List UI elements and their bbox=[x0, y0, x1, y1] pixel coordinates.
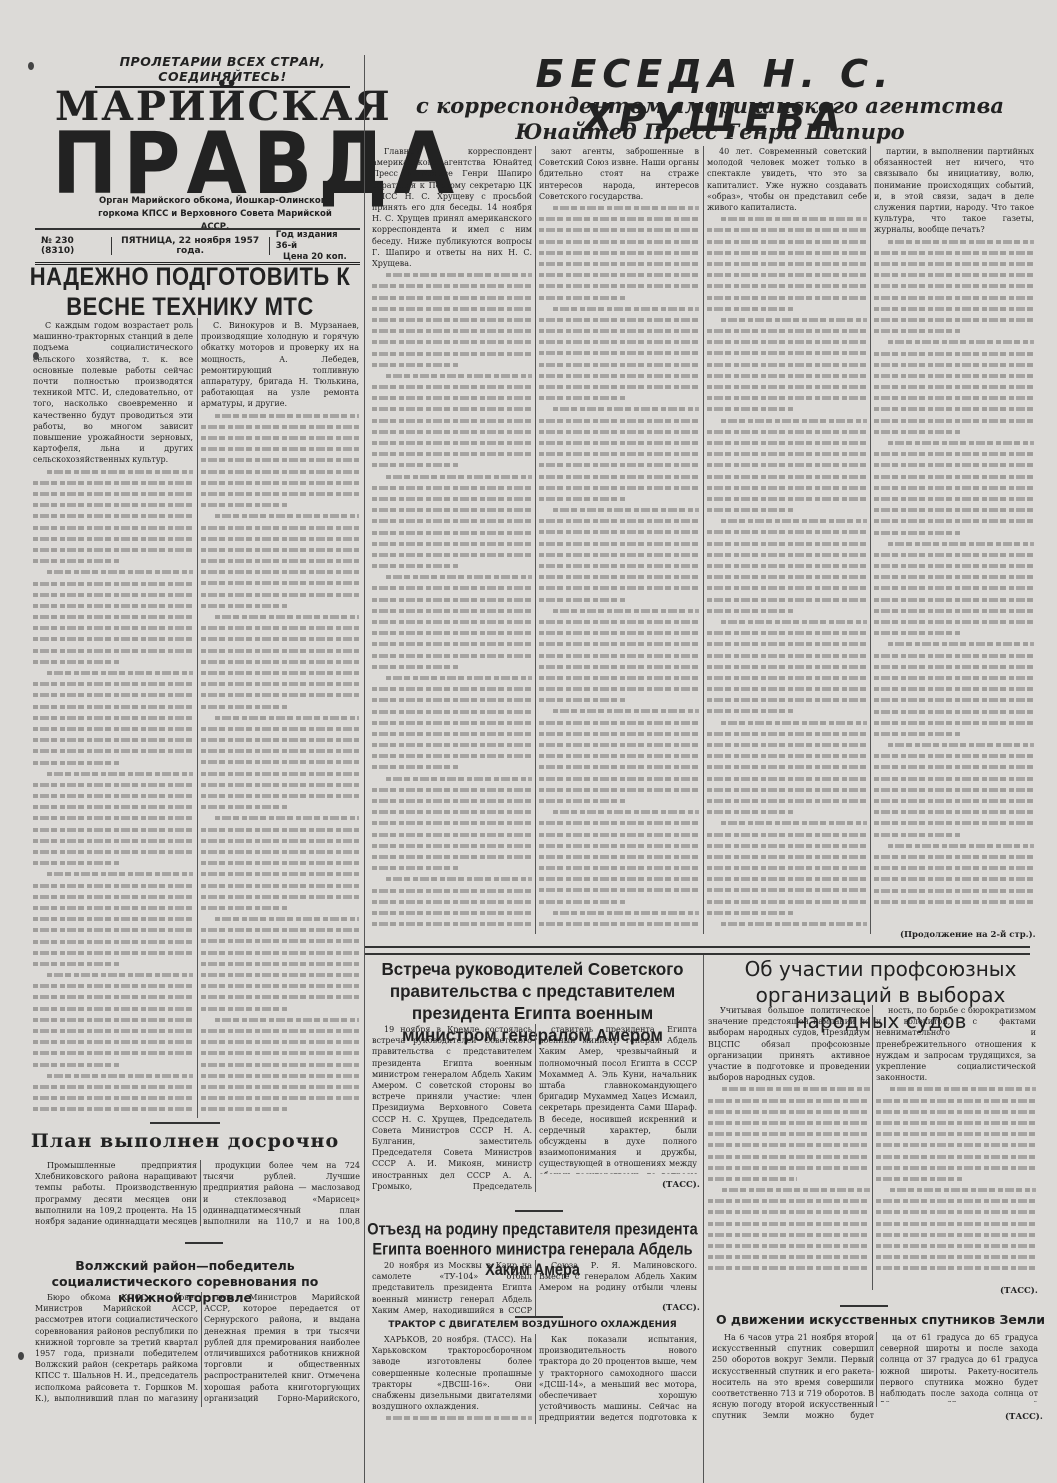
text-line bbox=[33, 633, 193, 644]
text-line bbox=[372, 1412, 532, 1423]
text-line bbox=[539, 761, 699, 772]
text-line bbox=[707, 224, 867, 235]
text-line bbox=[876, 1195, 1036, 1206]
text-line bbox=[372, 471, 532, 482]
text-line bbox=[707, 739, 867, 750]
text-line bbox=[874, 616, 1034, 627]
text-line bbox=[372, 840, 532, 851]
text-line bbox=[876, 1184, 1036, 1195]
issue-info-bar: № 230 (8310) ПЯТНИЦА, 22 ноября 1957 год… bbox=[35, 228, 360, 265]
text-line bbox=[33, 689, 193, 700]
text-line bbox=[201, 947, 359, 958]
text-line bbox=[539, 471, 699, 482]
text-line bbox=[372, 280, 532, 291]
text-line bbox=[707, 448, 867, 459]
text-line bbox=[201, 499, 359, 510]
text-line bbox=[33, 868, 193, 879]
column-rule bbox=[201, 1292, 202, 1407]
text-line bbox=[33, 578, 193, 589]
text-line bbox=[707, 605, 867, 616]
text-line bbox=[539, 392, 699, 403]
text-line bbox=[33, 555, 193, 566]
text-line bbox=[707, 303, 867, 314]
text-line bbox=[201, 980, 359, 991]
article-text: 40 лет. Современный советский молодой че… bbox=[707, 146, 867, 213]
text-line bbox=[539, 426, 699, 437]
text-line bbox=[372, 761, 532, 772]
text-line bbox=[372, 851, 532, 862]
text-line bbox=[539, 437, 699, 448]
divider bbox=[185, 1242, 223, 1244]
column-rule bbox=[703, 146, 704, 934]
text-line bbox=[201, 533, 359, 544]
scan-smudge bbox=[33, 352, 39, 360]
text-line bbox=[707, 471, 867, 482]
text-line bbox=[372, 594, 532, 605]
text-line bbox=[874, 325, 1034, 336]
text-line bbox=[33, 790, 193, 801]
text-line bbox=[201, 589, 359, 600]
text-line bbox=[33, 645, 193, 656]
text-line bbox=[708, 1117, 870, 1128]
text-line bbox=[539, 269, 699, 280]
text-line bbox=[201, 432, 359, 443]
text-line bbox=[707, 896, 867, 907]
text-line bbox=[372, 885, 532, 896]
text-line bbox=[707, 493, 867, 504]
text-line bbox=[201, 633, 359, 644]
text-line bbox=[372, 694, 532, 705]
text-line bbox=[372, 459, 532, 470]
article-text: продукции более чем на 724 тысячи рублей… bbox=[203, 1160, 360, 1226]
text-line bbox=[539, 661, 699, 672]
text-line bbox=[876, 1139, 1036, 1150]
article-text: 20 ноября из Москвы в Каир на самолете «… bbox=[372, 1260, 532, 1316]
text-line bbox=[539, 549, 699, 560]
text-line bbox=[372, 773, 532, 784]
text-line bbox=[876, 1128, 1036, 1139]
text-line bbox=[201, 701, 359, 712]
text-line bbox=[201, 689, 359, 700]
column-rule bbox=[535, 146, 536, 934]
text-line bbox=[539, 381, 699, 392]
text-line bbox=[539, 829, 699, 840]
interview-column-1: Главный корреспондент американского аген… bbox=[372, 146, 532, 934]
text-line bbox=[539, 773, 699, 784]
text-line bbox=[707, 795, 867, 806]
text-line bbox=[874, 236, 1034, 247]
text-line bbox=[372, 638, 532, 649]
text-line bbox=[372, 750, 532, 761]
column-rule bbox=[870, 146, 871, 934]
text-line bbox=[372, 728, 532, 739]
text-line bbox=[201, 544, 359, 555]
text-line bbox=[539, 403, 699, 414]
article-text: ность, по борьбе с бюрократизмом и волок… bbox=[876, 1005, 1036, 1083]
text-line bbox=[201, 712, 359, 723]
text-line bbox=[372, 717, 532, 728]
text-line bbox=[372, 448, 532, 459]
text-line bbox=[33, 1059, 193, 1070]
text-line bbox=[876, 1095, 1036, 1106]
text-line bbox=[874, 706, 1034, 717]
text-line bbox=[707, 862, 867, 873]
text-line bbox=[201, 723, 359, 734]
text-line bbox=[707, 627, 867, 638]
text-line bbox=[707, 918, 867, 929]
text-line bbox=[33, 913, 193, 924]
text-line bbox=[201, 678, 359, 689]
text-line bbox=[708, 1095, 870, 1106]
text-line bbox=[372, 336, 532, 347]
text-line bbox=[539, 258, 699, 269]
text-line bbox=[372, 504, 532, 515]
text-line bbox=[33, 880, 193, 891]
text-line bbox=[539, 705, 699, 716]
text-line bbox=[874, 694, 1034, 705]
text-line bbox=[539, 347, 699, 358]
text-line bbox=[539, 325, 699, 336]
text-line bbox=[33, 477, 193, 488]
text-line bbox=[539, 717, 699, 728]
text-line bbox=[874, 761, 1034, 772]
text-line bbox=[33, 622, 193, 633]
mts-column-2: С. Винокуров и В. Мурзанаев, производящи… bbox=[201, 320, 359, 1120]
text-line bbox=[33, 656, 193, 667]
text-line bbox=[372, 616, 532, 627]
text-line bbox=[33, 1036, 193, 1047]
text-line bbox=[874, 661, 1034, 672]
text-line bbox=[874, 437, 1034, 448]
column-rule bbox=[535, 1260, 536, 1316]
text-line bbox=[33, 712, 193, 723]
article-text: вета Министров Марийской АССР, которое п… bbox=[204, 1292, 360, 1404]
text-line bbox=[33, 1047, 193, 1058]
article-text: С каждым годом возрастает роль машинно-т… bbox=[33, 320, 193, 466]
text-line bbox=[33, 1003, 193, 1014]
mts-headline: НАДЕЖНО ПОДГОТОВИТЬ К ВЕСНЕ ТЕХНИКУ МТС bbox=[20, 262, 360, 322]
text-line bbox=[707, 236, 867, 247]
text-line bbox=[201, 846, 359, 857]
text-line bbox=[33, 1070, 193, 1081]
text-line bbox=[201, 745, 359, 756]
text-line bbox=[874, 303, 1034, 314]
text-line bbox=[708, 1128, 870, 1139]
text-line bbox=[874, 862, 1034, 873]
text-line bbox=[201, 555, 359, 566]
text-line bbox=[874, 348, 1034, 359]
text-line bbox=[372, 515, 532, 526]
text-line bbox=[874, 773, 1034, 784]
text-line bbox=[33, 936, 193, 947]
article-text: 19 ноября в Кремле состоялась встреча ру… bbox=[372, 1024, 532, 1192]
newspaper-page: ПРОЛЕТАРИИ ВСЕХ СТРАН, СОЕДИНЯЙТЕСЬ! МАР… bbox=[0, 0, 1057, 1483]
text-line bbox=[201, 1081, 359, 1092]
text-line bbox=[201, 935, 359, 946]
text-line bbox=[372, 896, 532, 907]
text-line bbox=[372, 582, 532, 593]
text-line bbox=[33, 510, 193, 521]
text-line bbox=[33, 824, 193, 835]
text-line bbox=[539, 594, 699, 605]
text-line bbox=[33, 611, 193, 622]
text-line bbox=[539, 784, 699, 795]
issue-date: ПЯТНИЦА, 22 ноября 1957 года. bbox=[112, 236, 269, 256]
text-line bbox=[707, 381, 867, 392]
text-line bbox=[539, 247, 699, 258]
text-line bbox=[874, 851, 1034, 862]
text-line bbox=[874, 605, 1034, 616]
text-line bbox=[708, 1262, 870, 1273]
text-line bbox=[372, 784, 532, 795]
text-line bbox=[707, 292, 867, 303]
text-line bbox=[874, 292, 1034, 303]
text-line bbox=[708, 1106, 870, 1117]
text-line bbox=[201, 969, 359, 980]
text-line bbox=[201, 1025, 359, 1036]
text-line bbox=[539, 896, 699, 907]
text-line bbox=[201, 421, 359, 432]
text-line bbox=[707, 750, 867, 761]
text-line bbox=[876, 1162, 1036, 1173]
text-line bbox=[372, 269, 532, 280]
column-rule bbox=[197, 318, 198, 1118]
text-line bbox=[201, 812, 359, 823]
text-line bbox=[874, 280, 1034, 291]
column-rule bbox=[703, 955, 704, 1483]
text-line bbox=[539, 884, 699, 895]
text-line bbox=[201, 1070, 359, 1081]
text-line bbox=[539, 560, 699, 571]
text-line bbox=[33, 969, 193, 980]
text-line bbox=[876, 1083, 1036, 1094]
text-line bbox=[201, 991, 359, 1002]
text-line bbox=[372, 381, 532, 392]
text-line bbox=[874, 258, 1034, 269]
text-line bbox=[201, 510, 359, 521]
text-line bbox=[539, 571, 699, 582]
text-line bbox=[201, 522, 359, 533]
text-line bbox=[707, 717, 867, 728]
text-line bbox=[707, 336, 867, 347]
text-line bbox=[708, 1083, 870, 1094]
text-line bbox=[372, 560, 532, 571]
text-line bbox=[539, 224, 699, 235]
text-line bbox=[33, 589, 193, 600]
text-line bbox=[539, 806, 699, 817]
text-line bbox=[874, 784, 1034, 795]
text-line bbox=[707, 347, 867, 358]
text-line bbox=[372, 549, 532, 560]
text-line bbox=[876, 1218, 1036, 1229]
text-line bbox=[874, 504, 1034, 515]
text-line bbox=[876, 1117, 1036, 1128]
union-credit: (ТАСС). bbox=[1000, 1286, 1038, 1296]
text-line bbox=[539, 515, 699, 526]
text-line bbox=[707, 392, 867, 403]
text-line bbox=[539, 873, 699, 884]
text-line bbox=[201, 824, 359, 835]
text-line bbox=[201, 466, 359, 477]
union-column-1: Учитывая большое политическое значение п… bbox=[708, 1005, 870, 1275]
text-line bbox=[874, 538, 1034, 549]
text-line bbox=[708, 1195, 870, 1206]
text-line bbox=[539, 448, 699, 459]
text-line bbox=[33, 734, 193, 745]
text-line bbox=[708, 1251, 870, 1262]
text-line bbox=[372, 325, 532, 336]
text-line bbox=[708, 1151, 870, 1162]
column-rule bbox=[535, 1024, 536, 1192]
text-line bbox=[201, 924, 359, 935]
text-line bbox=[876, 1206, 1036, 1217]
text-line bbox=[708, 1206, 870, 1217]
text-line bbox=[201, 1003, 359, 1014]
text-line bbox=[201, 756, 359, 767]
text-line bbox=[372, 650, 532, 661]
article-text: Учитывая большое политическое значение п… bbox=[708, 1005, 870, 1083]
text-line bbox=[707, 851, 867, 862]
interview-subheadline-1: с корреспондентом американского агентств… bbox=[400, 93, 1020, 119]
text-line bbox=[874, 370, 1034, 381]
text-line bbox=[539, 918, 699, 929]
text-line bbox=[874, 459, 1034, 470]
text-line bbox=[707, 907, 867, 918]
text-line bbox=[539, 739, 699, 750]
text-line bbox=[33, 544, 193, 555]
text-line bbox=[201, 835, 359, 846]
text-line bbox=[201, 790, 359, 801]
text-line bbox=[539, 213, 699, 224]
text-line bbox=[707, 213, 867, 224]
text-line bbox=[707, 258, 867, 269]
divider bbox=[840, 1305, 888, 1307]
text-line bbox=[874, 627, 1034, 638]
text-line bbox=[707, 403, 867, 414]
text-line bbox=[874, 885, 1034, 896]
text-line bbox=[874, 314, 1034, 325]
text-line bbox=[33, 891, 193, 902]
text-line bbox=[539, 482, 699, 493]
text-line bbox=[372, 303, 532, 314]
text-line bbox=[372, 314, 532, 325]
text-line bbox=[201, 656, 359, 667]
text-line bbox=[539, 292, 699, 303]
text-line bbox=[539, 616, 699, 627]
text-line bbox=[707, 773, 867, 784]
text-line bbox=[874, 594, 1034, 605]
text-line bbox=[539, 202, 699, 213]
text-line bbox=[33, 522, 193, 533]
text-line bbox=[33, 980, 193, 991]
text-line bbox=[372, 806, 532, 817]
text-line bbox=[539, 459, 699, 470]
text-line bbox=[874, 515, 1034, 526]
article-text: Промышленные предприятия Хлебниковского … bbox=[35, 1160, 197, 1226]
text-line bbox=[707, 705, 867, 716]
text-line bbox=[874, 650, 1034, 661]
sputnik-column-1: На 6 часов утра 21 ноября второй искусст… bbox=[712, 1332, 874, 1422]
text-line bbox=[33, 488, 193, 499]
text-line bbox=[708, 1229, 870, 1240]
sputnik-headline: О движении искусственных спутников Земли bbox=[708, 1312, 1053, 1327]
text-line bbox=[372, 370, 532, 381]
text-line bbox=[539, 650, 699, 661]
text-line bbox=[874, 896, 1034, 907]
text-line bbox=[33, 1103, 193, 1114]
tractor-column-2: Как показали испытания, производительнос… bbox=[539, 1334, 697, 1424]
text-line bbox=[539, 605, 699, 616]
text-line bbox=[33, 533, 193, 544]
text-line bbox=[33, 678, 193, 689]
text-line bbox=[33, 566, 193, 577]
text-line bbox=[201, 410, 359, 421]
text-line bbox=[707, 806, 867, 817]
text-line bbox=[876, 1106, 1036, 1117]
text-line bbox=[707, 426, 867, 437]
text-line bbox=[874, 247, 1034, 258]
text-line bbox=[539, 750, 699, 761]
scan-smudge bbox=[18, 1352, 24, 1360]
text-line bbox=[707, 616, 867, 627]
text-line bbox=[707, 314, 867, 325]
text-line bbox=[874, 359, 1034, 370]
text-line bbox=[372, 571, 532, 582]
article-text: зают агенты, заброшенные в Советский Сою… bbox=[539, 146, 699, 202]
text-line bbox=[372, 683, 532, 694]
text-line bbox=[33, 812, 193, 823]
text-line bbox=[539, 728, 699, 739]
article-text: ХАРЬКОВ, 20 ноября. (ТАСС). На Харьковск… bbox=[372, 1334, 532, 1412]
text-line bbox=[33, 1025, 193, 1036]
text-line bbox=[707, 661, 867, 672]
article-text: партии, в выполнении партийных обязаннос… bbox=[874, 146, 1034, 236]
text-line bbox=[33, 466, 193, 477]
text-line bbox=[372, 493, 532, 504]
text-line bbox=[201, 477, 359, 488]
text-line bbox=[874, 795, 1034, 806]
text-line bbox=[874, 582, 1034, 593]
text-line bbox=[707, 280, 867, 291]
text-line bbox=[874, 560, 1034, 571]
text-line bbox=[372, 873, 532, 884]
text-line bbox=[201, 566, 359, 577]
text-line bbox=[372, 862, 532, 873]
text-line bbox=[539, 526, 699, 537]
text-line bbox=[707, 594, 867, 605]
text-line bbox=[372, 359, 532, 370]
text-line bbox=[201, 1036, 359, 1047]
text-line bbox=[201, 1092, 359, 1103]
text-line bbox=[372, 392, 532, 403]
departure-column-2: Союза Р. Я. Малиновского. Вместе с генер… bbox=[539, 1260, 697, 1296]
text-line bbox=[874, 471, 1034, 482]
text-line bbox=[201, 768, 359, 779]
text-line bbox=[539, 851, 699, 862]
text-line bbox=[201, 454, 359, 465]
plan-column-2: продукции более чем на 724 тысячи рублей… bbox=[203, 1160, 360, 1226]
text-line bbox=[539, 493, 699, 504]
text-line bbox=[539, 236, 699, 247]
text-line bbox=[874, 493, 1034, 504]
text-line bbox=[201, 600, 359, 611]
text-line bbox=[874, 571, 1034, 582]
column-rule bbox=[876, 1332, 877, 1407]
text-line bbox=[201, 880, 359, 891]
text-line bbox=[539, 683, 699, 694]
text-line bbox=[708, 1139, 870, 1150]
text-line bbox=[874, 829, 1034, 840]
